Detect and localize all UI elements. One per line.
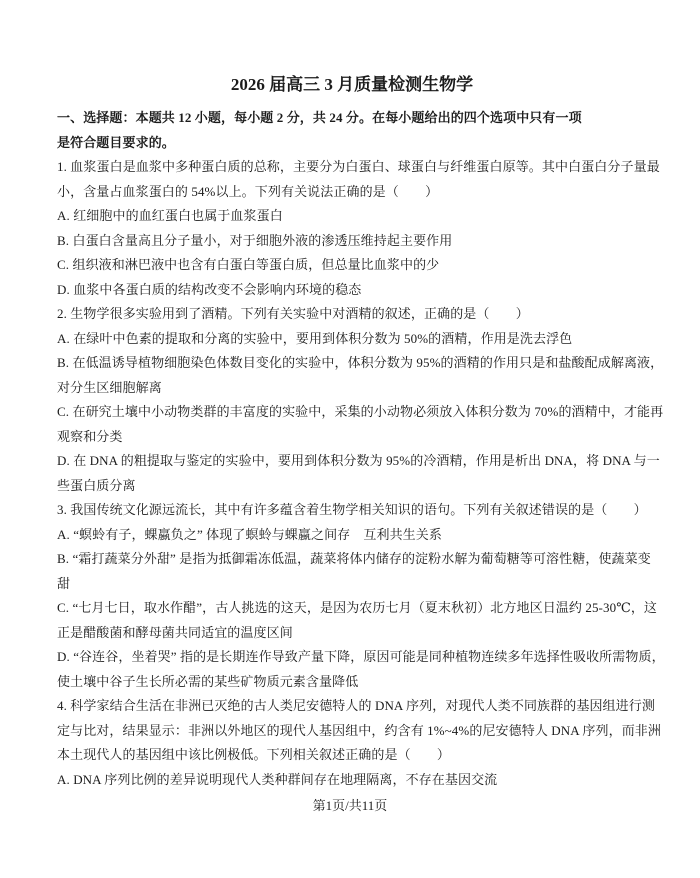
option-a: A. 在绿叶中色素的提取和分离的实验中，要用到体积分数为 50%的酒精，作用是洗…: [57, 327, 647, 352]
question-stem-line: 1. 血浆蛋白是血浆中多种蛋白质的总称，主要分为白蛋白、球蛋白与纤维蛋白原等。其…: [57, 155, 647, 180]
option-c-continuation: 正是醋酸菌和酵母菌共同适宜的温度区间: [57, 621, 647, 646]
option-a: A. “螟蛉有子，蜾蠃负之” 体现了螟蛉与蜾蠃之间存 互利共生关系: [57, 523, 647, 548]
question-stem-line: 2. 生物学很多实验用到了酒精。下列有关实验中对酒精的叙述，正确的是（ ）: [57, 302, 647, 327]
option-c: C. “七月七日，取水作醋”，古人挑选的这天，是因为农历七月（夏末秋初）北方地区…: [57, 596, 647, 621]
option-c: C. 组织液和淋巴液中也含有白蛋白等蛋白质，但总量比血浆中的少: [57, 253, 647, 278]
exam-page: 2026 届高三 3 月质量检测生物学 一、选择题：本题共 12 小题，每小题 …: [0, 0, 700, 878]
option-d: D. 在 DNA 的粗提取与鉴定的实验中，要用到体积分数为 95%的冷酒精，作用…: [57, 449, 647, 474]
section-header-line: 一、选择题：本题共 12 小题，每小题 2 分，共 24 分。在每小题给出的四个…: [57, 106, 647, 131]
option-d: D. “谷连谷，坐着哭” 指的是长期连作导致产量下降，原因可能是同种植物连续多年…: [57, 645, 647, 670]
option-b: B. “霜打蔬菜分外甜” 是指为抵御霜冻低温，蔬菜将体内储存的淀粉水解为葡萄糖等…: [57, 547, 647, 572]
option-c-continuation: 观察和分类: [57, 425, 647, 450]
page-content: 2026 届高三 3 月质量检测生物学 一、选择题：本题共 12 小题，每小题 …: [57, 72, 647, 792]
question-4: 4. 科学家结合生活在非洲已灭绝的古人类尼安德特人的 DNA 序列，对现代人类不…: [57, 694, 647, 792]
option-d-continuation: 些蛋白质分离: [57, 474, 647, 499]
question-2: 2. 生物学很多实验用到了酒精。下列有关实验中对酒精的叙述，正确的是（ ） A.…: [57, 302, 647, 498]
question-stem-line: 3. 我国传统文化源远流长，其中有许多蕴含着生物学相关知识的语句。下列有关叙述错…: [57, 498, 647, 523]
question-1: 1. 血浆蛋白是血浆中多种蛋白质的总称，主要分为白蛋白、球蛋白与纤维蛋白原等。其…: [57, 155, 647, 302]
page-title: 2026 届高三 3 月质量检测生物学: [57, 72, 647, 98]
option-d: D. 血浆中各蛋白质的结构改变不会影响内环境的稳态: [57, 278, 647, 303]
option-b-continuation: 甜: [57, 572, 647, 597]
question-stem-line: 本土现代人的基因组中该比例极低。下列相关叙述正确的是（ ）: [57, 743, 647, 768]
question-3: 3. 我国传统文化源远流长，其中有许多蕴含着生物学相关知识的语句。下列有关叙述错…: [57, 498, 647, 694]
question-stem-line: 小，含量占血浆蛋白的 54%以上。下列有关说法正确的是（ ）: [57, 180, 647, 205]
option-d-continuation: 使土壤中谷子生长所必需的某些矿物质元素含量降低: [57, 670, 647, 695]
section-header-line: 是符合题目要求的。: [57, 131, 647, 156]
page-number-footer: 第1页/共11页: [0, 797, 700, 815]
option-b: B. 在低温诱导植物细胞染色体数目变化的实验中，体积分数为 95%的酒精的作用只…: [57, 351, 647, 376]
option-b-continuation: 对分生区细胞解离: [57, 376, 647, 401]
question-stem-line: 定与比对，结果显示：非洲以外地区的现代人基因组中，约含有 1%~4%的尼安德特人…: [57, 719, 647, 744]
option-a: A. 红细胞中的血红蛋白也属于血浆蛋白: [57, 204, 647, 229]
option-c: C. 在研究土壤中小动物类群的丰富度的实验中，采集的小动物必须放入体积分数为 7…: [57, 400, 647, 425]
section-header: 一、选择题：本题共 12 小题，每小题 2 分，共 24 分。在每小题给出的四个…: [57, 106, 647, 155]
question-stem-line: 4. 科学家结合生活在非洲已灭绝的古人类尼安德特人的 DNA 序列，对现代人类不…: [57, 694, 647, 719]
option-b: B. 白蛋白含量高且分子量小，对于细胞外液的渗透压维持起主要作用: [57, 229, 647, 254]
option-a: A. DNA 序列比例的差异说明现代人类种群间存在地理隔离，不存在基因交流: [57, 768, 647, 793]
